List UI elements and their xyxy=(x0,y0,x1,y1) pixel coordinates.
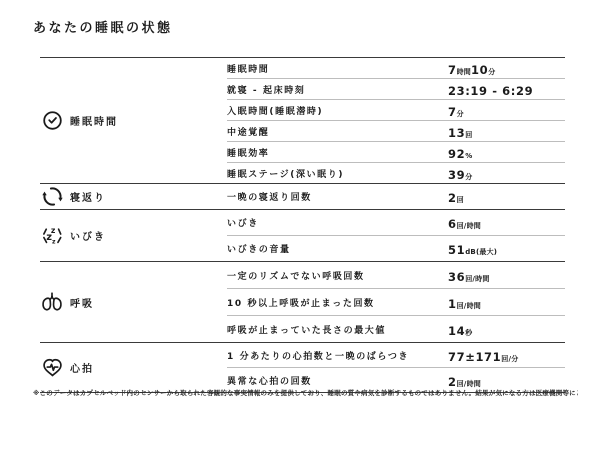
metric-label: いびき xyxy=(227,216,448,229)
metric-row: 10 秒以上呼吸が止まった回数1回/時間 xyxy=(227,288,565,315)
category-label: 呼吸 xyxy=(70,295,94,310)
metric-label: 10 秒以上呼吸が止まった回数 xyxy=(227,296,448,309)
category-label: 心拍 xyxy=(70,360,94,375)
value-number: 92 xyxy=(448,147,465,161)
table-section: 心拍1 分あたりの心拍数と一晩のばらつき77±171回/分異常な心拍の回数2回/… xyxy=(40,343,565,393)
metric-row: 一定のリズムでない呼吸回数36回/時間 xyxy=(227,262,565,288)
page-title: あなたの睡眠の状態 xyxy=(33,17,173,36)
value-number: 51 xyxy=(448,243,465,257)
metric-value: 51dB(最大) xyxy=(448,239,565,258)
table-section: 呼吸一定のリズムでない呼吸回数36回/時間10 秒以上呼吸が止まった回数1回/時… xyxy=(40,262,565,343)
value-unit: 時間 xyxy=(457,68,471,76)
metric-row: 中途覚醒13回 xyxy=(227,120,565,141)
metric-label: 睡眠時間 xyxy=(227,62,448,75)
metric-value: 39分 xyxy=(448,164,565,183)
metric-row: 呼吸が止まっていた長さの最大値14秒 xyxy=(227,315,565,342)
value-number: 6 xyxy=(448,217,457,231)
metric-value: 2回 xyxy=(448,187,565,206)
snore-icon: zzz xyxy=(41,225,63,247)
value-number: 1 xyxy=(448,297,457,311)
metric-value: 6回/時間 xyxy=(448,213,565,232)
metric-value: 1回/時間 xyxy=(448,293,565,312)
value-unit: 分 xyxy=(488,68,495,76)
metric-label: 睡眠ステージ(深い眠り) xyxy=(227,167,448,180)
metric-label: 異常な心拍の回数 xyxy=(227,374,448,387)
category-label: 寝返り xyxy=(70,189,106,204)
value-unit: 回/時間 xyxy=(465,275,489,283)
metric-row: いびき6回/時間 xyxy=(227,210,565,235)
value-number: 77±171 xyxy=(448,350,501,364)
metric-value: 36回/時間 xyxy=(448,266,565,285)
metric-rows: いびき6回/時間いびきの音量51dB(最大) xyxy=(227,210,565,261)
metric-row: いびきの音量51dB(最大) xyxy=(227,235,565,261)
metric-label: 一定のリズムでない呼吸回数 xyxy=(227,269,448,282)
category-cell: 呼吸 xyxy=(40,262,227,342)
table-section: 寝返り一晩の寝返り回数2回 xyxy=(40,184,565,210)
value-number: 7 xyxy=(448,63,457,77)
metric-value: 23:19 - 6:29 xyxy=(448,80,565,99)
category-cell: 寝返り xyxy=(40,184,227,209)
metric-value: 92% xyxy=(448,143,565,162)
metric-row: 就寝 - 起床時刻23:19 - 6:29 xyxy=(227,78,565,99)
table-section: zzzいびきいびき6回/時間いびきの音量51dB(最大) xyxy=(40,210,565,262)
metric-value: 7分 xyxy=(448,101,565,120)
metric-label: 1 分あたりの心拍数と一晩のばらつき xyxy=(227,349,448,362)
metric-rows: 一定のリズムでない呼吸回数36回/時間10 秒以上呼吸が止まった回数1回/時間呼… xyxy=(227,262,565,342)
metric-value: 2回/時間 xyxy=(448,371,565,390)
metric-label: いびきの音量 xyxy=(227,242,448,255)
value-unit: % xyxy=(465,152,472,160)
value-number: 14 xyxy=(448,324,465,338)
value-unit: 回/分 xyxy=(501,355,518,363)
category-label: 睡眠時間 xyxy=(70,113,118,128)
metric-row: 1 分あたりの心拍数と一晩のばらつき77±171回/分 xyxy=(227,343,565,367)
metric-row: 一晩の寝返り回数2回 xyxy=(227,184,565,209)
value-unit: 回/時間 xyxy=(457,222,481,230)
svg-text:z: z xyxy=(52,238,56,245)
sleep-report-page: あなたの睡眠の状態 睡眠時間睡眠時間7時間10分就寝 - 起床時刻23:19 -… xyxy=(0,0,600,450)
metric-value: 13回 xyxy=(448,122,565,141)
category-label: いびき xyxy=(70,228,106,243)
table-section: 睡眠時間睡眠時間7時間10分就寝 - 起床時刻23:19 - 6:29入眠時間(… xyxy=(40,58,565,184)
metric-row: 睡眠効率92% xyxy=(227,141,565,162)
value-number: 2 xyxy=(448,375,457,389)
sleep-table: 睡眠時間睡眠時間7時間10分就寝 - 起床時刻23:19 - 6:29入眠時間(… xyxy=(40,57,565,393)
category-cell: 睡眠時間 xyxy=(40,58,227,183)
metric-label: 就寝 - 起床時刻 xyxy=(227,83,448,96)
rotate-icon xyxy=(41,186,63,208)
value-unit: 回 xyxy=(457,196,464,204)
lungs-icon xyxy=(41,291,63,313)
metric-value: 77±171回/分 xyxy=(448,346,565,365)
value-unit: 回/時間 xyxy=(457,380,481,388)
value-number: 36 xyxy=(448,270,465,284)
value-unit: 回/時間 xyxy=(457,302,481,310)
footnote-disclaimer: ※このデータはカプセルベッド内のセンサーから取られた客観的な事実情報のみを提供し… xyxy=(33,388,578,397)
value-number: 13 xyxy=(448,126,465,140)
value-number: 10 xyxy=(471,63,488,77)
metric-label: 睡眠効率 xyxy=(227,146,448,159)
category-cell: zzzいびき xyxy=(40,210,227,261)
value-number: 2 xyxy=(448,191,457,205)
value-number: 7 xyxy=(448,105,457,119)
category-cell: 心拍 xyxy=(40,343,227,392)
metric-value: 14秒 xyxy=(448,320,565,339)
value-number: 23:19 - 6:29 xyxy=(448,84,533,98)
metric-rows: 1 分あたりの心拍数と一晩のばらつき77±171回/分異常な心拍の回数2回/時間 xyxy=(227,343,565,392)
value-unit: 分 xyxy=(465,173,472,181)
metric-label: 一晩の寝返り回数 xyxy=(227,190,448,203)
clock-icon xyxy=(41,110,63,132)
metric-row: 睡眠ステージ(深い眠り)39分 xyxy=(227,162,565,183)
value-unit: 秒 xyxy=(465,329,472,337)
metric-row: 入眠時間(睡眠潜時)7分 xyxy=(227,99,565,120)
value-number: 39 xyxy=(448,168,465,182)
metric-label: 中途覚醒 xyxy=(227,125,448,138)
value-unit: 分 xyxy=(457,110,464,118)
metric-rows: 睡眠時間7時間10分就寝 - 起床時刻23:19 - 6:29入眠時間(睡眠潜時… xyxy=(227,58,565,183)
metric-label: 呼吸が止まっていた長さの最大値 xyxy=(227,323,448,336)
value-unit: dB(最大) xyxy=(465,248,497,256)
metric-label: 入眠時間(睡眠潜時) xyxy=(227,104,448,117)
metric-row: 睡眠時間7時間10分 xyxy=(227,58,565,78)
heart-pulse-icon xyxy=(41,357,63,379)
metric-rows: 一晩の寝返り回数2回 xyxy=(227,184,565,209)
value-unit: 回 xyxy=(465,131,472,139)
metric-value: 7時間10分 xyxy=(448,59,565,78)
